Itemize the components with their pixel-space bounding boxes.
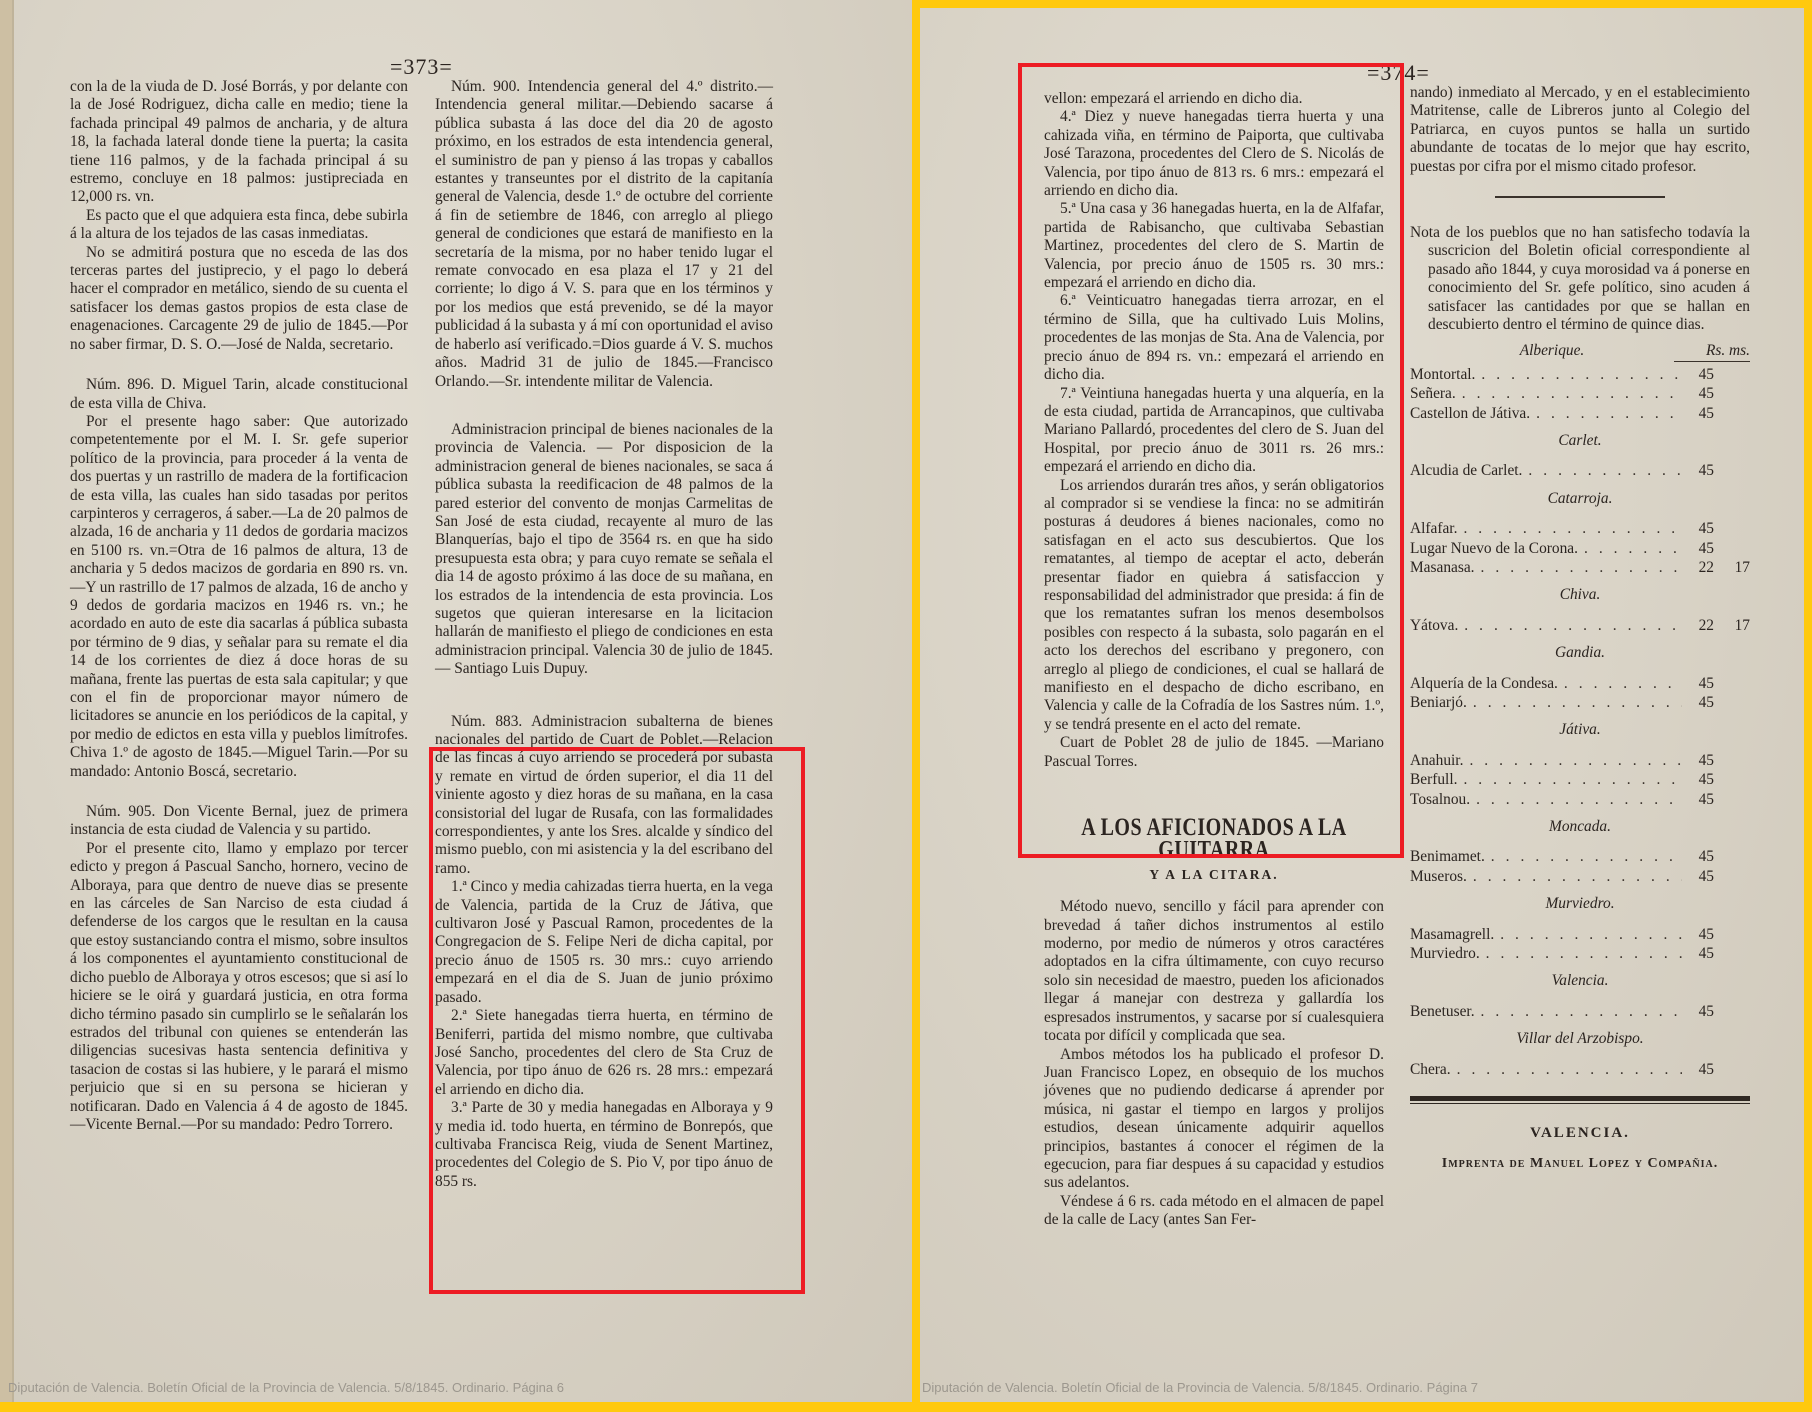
amount-rs: 45 bbox=[1682, 1003, 1714, 1021]
leader-dots: .......................... bbox=[1457, 520, 1682, 538]
amount-rs: 45 bbox=[1682, 462, 1714, 480]
column-header-rs-ms: Rs. ms. bbox=[1674, 342, 1750, 361]
nota-paragraph: Nota de los pueblos que no han satisfech… bbox=[1410, 224, 1750, 334]
paragraph: con la de la viuda de D. José Borrás, y … bbox=[70, 78, 408, 207]
group-name: Villar del Arzobispo. bbox=[1410, 1030, 1750, 1048]
amount-rs: 45 bbox=[1682, 752, 1714, 770]
list-item: Chera...........................45 bbox=[1410, 1061, 1750, 1080]
leader-dots: .......................... bbox=[1558, 675, 1682, 693]
list-item: Castellon de Játiva.....................… bbox=[1410, 405, 1750, 424]
right-page-column-1: vellon: empezará el arriendo en dicho di… bbox=[1044, 90, 1384, 1230]
notice-heading-905: Núm. 905. Don Vicente Bernal, juez de pr… bbox=[70, 803, 408, 840]
amount-rs: 22 bbox=[1682, 617, 1714, 635]
amount-rs: 45 bbox=[1682, 405, 1714, 423]
group-name: Murviedro. bbox=[1410, 895, 1750, 913]
lot-1: 1.ª Cinco y media cahizadas tierra huert… bbox=[435, 878, 773, 1007]
leader-dots: .......................... bbox=[1463, 752, 1682, 770]
list-item: Señera...........................45 bbox=[1410, 385, 1750, 404]
left-page-column-2: Núm. 900. Intendencia general del 4.º di… bbox=[435, 78, 773, 1191]
list-item: Museros...........................45 bbox=[1410, 868, 1750, 887]
page-footer-right: Diputación de Valencia. Boletín Oficial … bbox=[922, 1380, 1478, 1395]
group-name: Gandia. bbox=[1410, 644, 1750, 662]
amount-rs: 45 bbox=[1682, 945, 1714, 963]
amount-rs: 45 bbox=[1682, 868, 1714, 886]
leader-dots: .......................... bbox=[1458, 617, 1682, 635]
town-name: Berfull. bbox=[1410, 771, 1457, 789]
town-name: Alquería de la Condesa. bbox=[1410, 675, 1558, 693]
town-name: Lugar Nuevo de la Corona. bbox=[1410, 540, 1578, 558]
amount-rs: 45 bbox=[1682, 520, 1714, 538]
amount-ms: 17 bbox=[1714, 559, 1750, 577]
town-name: Alcudia de Carlet. bbox=[1410, 462, 1522, 480]
ad-paragraph: Método nuevo, sencillo y fácil para apre… bbox=[1044, 898, 1384, 1045]
town-name: Beniarjó. bbox=[1410, 694, 1467, 712]
lot-7: 7.ª Veintiuna hanegadas huerta y una alq… bbox=[1044, 385, 1384, 477]
book-spine bbox=[0, 0, 12, 1412]
town-name: Chera. bbox=[1410, 1061, 1451, 1079]
leader-dots: .......................... bbox=[1494, 926, 1682, 944]
leader-dots: .......................... bbox=[1456, 385, 1682, 403]
list-header: Alberique.Rs. ms. bbox=[1410, 342, 1750, 361]
ad-paragraph: Ambos métodos los ha publicado el profes… bbox=[1044, 1046, 1384, 1193]
amount-rs: 22 bbox=[1682, 559, 1714, 577]
ad-title: A LOS AFICIONADOS A LA GUITARRA bbox=[1044, 816, 1384, 862]
leader-dots: .......................... bbox=[1467, 868, 1682, 886]
printer-imprint: Imprenta de Manuel Lopez y Compañia. bbox=[1410, 1155, 1750, 1173]
leader-dots: .......................... bbox=[1485, 848, 1682, 866]
paragraph: vellon: empezará el arriendo en dicho di… bbox=[1044, 90, 1384, 108]
left-page: =373= con la de la viuda de D. José Borr… bbox=[0, 0, 912, 1412]
list-item: Lugar Nuevo de la Corona................… bbox=[1410, 540, 1750, 559]
frame-bottom-bar bbox=[0, 1402, 1812, 1412]
town-name: Murviedro. bbox=[1410, 945, 1480, 963]
divider bbox=[1495, 196, 1665, 198]
list-item: Alfafar...........................45 bbox=[1410, 520, 1750, 539]
leader-dots: .......................... bbox=[1475, 366, 1682, 384]
town-name: Masanasa. bbox=[1410, 559, 1475, 577]
paragraph: Por el presente cito, llamo y emplazo po… bbox=[70, 840, 408, 1135]
list-item: Berfull...........................45 bbox=[1410, 771, 1750, 790]
amount-rs: 45 bbox=[1682, 540, 1714, 558]
town-name: Benetuser. bbox=[1410, 1003, 1475, 1021]
list-item: Murviedro...........................45 bbox=[1410, 945, 1750, 964]
list-item: Alcudia de Carlet.......................… bbox=[1410, 462, 1750, 481]
leader-dots: .......................... bbox=[1480, 945, 1682, 963]
town-name: Benimamet. bbox=[1410, 848, 1485, 866]
leader-dots: .......................... bbox=[1475, 1003, 1682, 1021]
list-item: Yátova...........................2217 bbox=[1410, 617, 1750, 636]
lot-2: 2.ª Siete hanegadas tierra huerta, en té… bbox=[435, 1007, 773, 1099]
paragraph: No se admitirá postura que no esceda de … bbox=[70, 244, 408, 354]
list-item: Masanasa...........................2217 bbox=[1410, 559, 1750, 578]
amount-rs: 45 bbox=[1682, 1061, 1714, 1079]
imprint-city: VALENCIA. bbox=[1410, 1124, 1750, 1142]
left-page-column-1: con la de la viuda de D. José Borrás, y … bbox=[70, 78, 408, 1134]
group-name: Moncada. bbox=[1410, 818, 1750, 836]
leader-dots: .......................... bbox=[1522, 462, 1682, 480]
lot-3: 3.ª Parte de 30 y media hanegadas en Alb… bbox=[435, 1099, 773, 1191]
town-name: Castellon de Játiva. bbox=[1410, 405, 1530, 423]
list-item: Benimamet...........................45 bbox=[1410, 848, 1750, 867]
ad-subtitle: Y A LA CITARA. bbox=[1044, 866, 1384, 884]
right-page-column-2: nando) inmediato al Mercado, y en el est… bbox=[1410, 84, 1750, 1173]
amount-ms: 17 bbox=[1714, 617, 1750, 635]
list-item: Masamagrell...........................45 bbox=[1410, 926, 1750, 945]
lot-6: 6.ª Veinticuatro hanegadas tierra arroza… bbox=[1044, 292, 1384, 384]
leader-dots: .......................... bbox=[1470, 791, 1682, 809]
list-item: Beniarjó...........................45 bbox=[1410, 694, 1750, 713]
lot-4: 4.ª Diez y nueve hanegadas tierra huerta… bbox=[1044, 108, 1384, 200]
list-item: Alquería de la Condesa..................… bbox=[1410, 675, 1750, 694]
debtor-towns-list: Alberique.Rs. ms.Montortal..............… bbox=[1410, 342, 1750, 1079]
amount-rs: 45 bbox=[1682, 694, 1714, 712]
amount-rs: 45 bbox=[1682, 771, 1714, 789]
leader-dots: .......................... bbox=[1530, 405, 1682, 423]
group-name: Játiva. bbox=[1410, 721, 1750, 739]
paragraph: Es pacto que el que adquiera esta finca,… bbox=[70, 207, 408, 244]
thick-rule bbox=[1410, 1096, 1750, 1101]
list-item: Benetuser...........................45 bbox=[1410, 1003, 1750, 1022]
page-number-right: =374= bbox=[1367, 60, 1430, 86]
page-footer-left: Diputación de Valencia. Boletín Oficial … bbox=[8, 1380, 564, 1395]
leader-dots: .......................... bbox=[1578, 540, 1682, 558]
town-name: Masamagrell. bbox=[1410, 926, 1494, 944]
town-name: Alfafar. bbox=[1410, 520, 1457, 538]
notice-900: Núm. 900. Intendencia general del 4.º di… bbox=[435, 78, 773, 391]
ad-paragraph: Véndese á 6 rs. cada método en el almace… bbox=[1044, 1193, 1384, 1230]
leader-dots: .......................... bbox=[1475, 559, 1682, 577]
right-page: =374= vellon: empezará el arriendo en di… bbox=[912, 0, 1812, 1412]
group-name: Chiva. bbox=[1410, 586, 1750, 604]
town-name: Museros. bbox=[1410, 868, 1467, 886]
paragraph: Por el presente hago saber: Que autoriza… bbox=[70, 413, 408, 781]
page-number-left: =373= bbox=[390, 54, 453, 80]
group-name: Valencia. bbox=[1410, 972, 1750, 990]
lot-5: 5.ª Una casa y 36 hanegadas huerta, en l… bbox=[1044, 200, 1384, 292]
amount-rs: 45 bbox=[1682, 791, 1714, 809]
list-item: Tosalnou...........................45 bbox=[1410, 791, 1750, 810]
town-name: Señera. bbox=[1410, 385, 1456, 403]
group-name: Catarroja. bbox=[1410, 490, 1750, 508]
leader-dots: .......................... bbox=[1467, 694, 1682, 712]
group-name: Alberique. bbox=[1410, 342, 1674, 361]
spine-line bbox=[12, 0, 14, 1412]
amount-rs: 45 bbox=[1682, 926, 1714, 944]
notice-bienes-nacionales: Administracion principal de bienes nacio… bbox=[435, 421, 773, 679]
thin-rule bbox=[1410, 1103, 1750, 1105]
amount-rs: 45 bbox=[1682, 385, 1714, 403]
amount-rs: 45 bbox=[1682, 366, 1714, 384]
notice-heading-896: Núm. 896. D. Miguel Tarin, alcade consti… bbox=[70, 376, 408, 413]
lease-conditions: Los arriendos durarán tres años, y serán… bbox=[1044, 477, 1384, 735]
notice-883: Núm. 883. Administracion subalterna de b… bbox=[435, 713, 773, 879]
town-name: Tosalnou. bbox=[1410, 791, 1470, 809]
town-name: Montortal. bbox=[1410, 366, 1475, 384]
amount-rs: 45 bbox=[1682, 675, 1714, 693]
paragraph: nando) inmediato al Mercado, y en el est… bbox=[1410, 84, 1750, 176]
signature: Cuart de Poblet 28 de julio de 1845. —Ma… bbox=[1044, 734, 1384, 771]
list-item: Montortal...........................45 bbox=[1410, 366, 1750, 385]
town-name: Yátova. bbox=[1410, 617, 1458, 635]
town-name: Anahuir. bbox=[1410, 752, 1463, 770]
list-item: Anahuir...........................45 bbox=[1410, 752, 1750, 771]
amount-rs: 45 bbox=[1682, 848, 1714, 866]
leader-dots: .......................... bbox=[1457, 771, 1682, 789]
leader-dots: .......................... bbox=[1451, 1061, 1682, 1079]
group-name: Carlet. bbox=[1410, 432, 1750, 450]
